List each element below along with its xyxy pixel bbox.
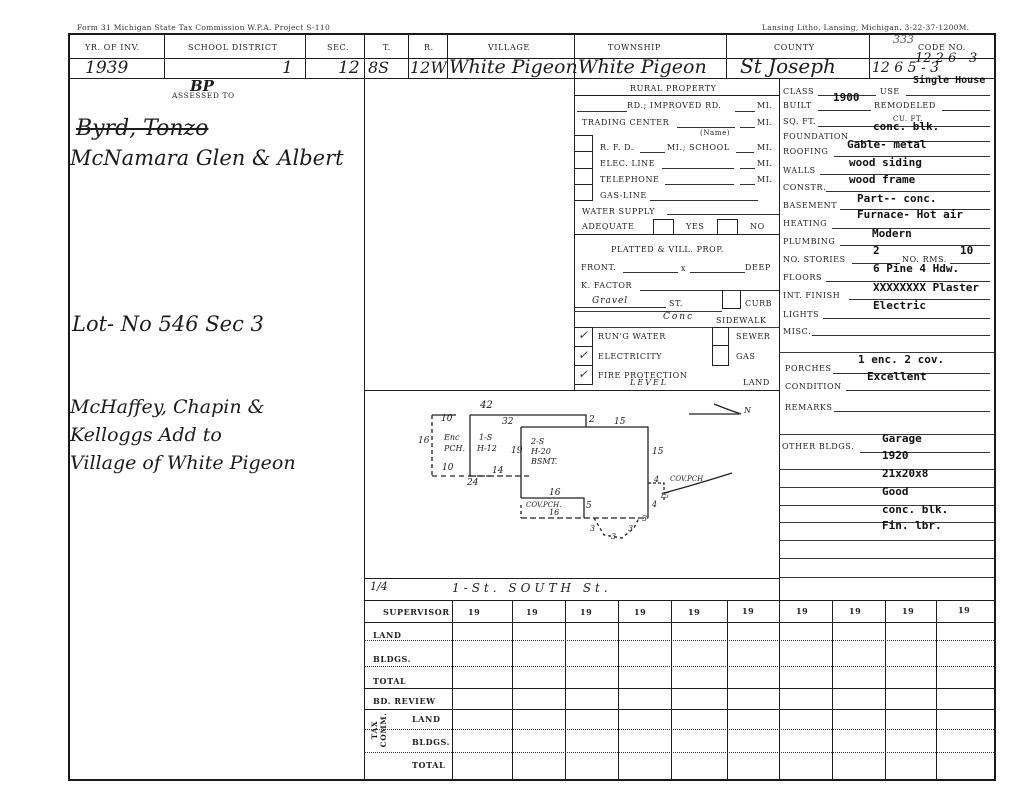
blank-line: [667, 214, 779, 215]
label-sewer: SEWER: [736, 332, 770, 341]
dim-19: 19: [511, 446, 522, 456]
owner-name: McNamara Glen & Albert: [70, 146, 344, 170]
divider: [565, 600, 566, 781]
divider: [364, 688, 996, 689]
floor-plan-sketch: 42 10 16 Enc PCH. 10 24 1-S H-12 14 32 1…: [364, 390, 779, 578]
divider: [408, 33, 409, 78]
dim-15-right: 15: [652, 447, 663, 457]
check-mark-icon: ✓: [578, 367, 588, 381]
label-roofing: ROOFING: [783, 147, 828, 156]
divider: [574, 234, 779, 235]
label-school-district: SCHOOL DISTRICT: [188, 43, 278, 52]
blank-line: [834, 411, 990, 412]
value-yr-of-inv: 1939: [85, 58, 128, 78]
value-int-finish: XXXXXXXX Plaster: [873, 281, 979, 294]
year-col-8: 19: [849, 606, 861, 616]
label-mi: MI.: [757, 101, 773, 110]
value-sec: 12: [338, 58, 360, 78]
divider: [726, 33, 727, 78]
blank-line: [650, 200, 758, 201]
year-col-7: 19: [796, 606, 808, 616]
value-foundation: conc. blk.: [873, 120, 939, 133]
dim-16-cov-bottom: 16: [549, 508, 559, 517]
value-code-no-2: 12 6 5 - 3: [872, 60, 939, 76]
gas-checkbox[interactable]: [712, 346, 729, 366]
label-constr: CONSTR.: [783, 183, 826, 192]
label-bldgs: BLDGS.: [373, 654, 411, 664]
value-walls: wood siding: [849, 156, 922, 169]
label-name-note: (Name): [700, 129, 730, 137]
blank-line: [574, 307, 666, 308]
label-enc-porch: Enc PCH.: [444, 432, 470, 454]
blank-line: [812, 335, 990, 336]
divider: [832, 600, 833, 781]
value-plumbing: Modern: [872, 227, 912, 240]
divider: [936, 600, 937, 781]
blank-line: [640, 290, 779, 291]
label-no-stories: NO. STORIES: [783, 255, 846, 264]
label-plumbing: PLUMBING: [783, 237, 835, 246]
value-use: Single House: [913, 75, 985, 86]
label-yes: YES: [686, 222, 704, 231]
label-gas: GAS: [736, 352, 755, 361]
label-bd-review: BD. REVIEW: [373, 696, 436, 706]
assessor-initials: BP: [190, 77, 214, 95]
dim-3: 3: [628, 524, 633, 533]
divider: [779, 577, 994, 578]
lot-description: Lot- No 546 Sec 3: [72, 312, 264, 336]
blank-line: [740, 184, 755, 185]
label-basement: BASEMENT: [783, 201, 837, 210]
label-sidewalk: SIDEWALK: [716, 316, 767, 325]
dim-4: 4: [654, 475, 659, 484]
label-land: LAND: [373, 630, 401, 640]
label-remodeled: REMODELED: [874, 101, 936, 110]
label-elec-line: ELEC. LINE: [600, 159, 655, 168]
label-front: FRONT.: [581, 263, 616, 272]
label-one-story: 1-S: [479, 433, 492, 442]
dim-2: 2: [589, 415, 595, 425]
value-code-scribble: 333: [893, 33, 914, 46]
value-no-stories: 2: [873, 244, 880, 257]
label-no: NO: [750, 222, 765, 231]
other-bldg-line-3: 21x20x8: [882, 467, 928, 480]
divider: [364, 622, 996, 623]
other-bldg-line-2: 1920: [882, 449, 909, 462]
blank-line: [860, 452, 990, 453]
label-sec: SEC.: [327, 43, 349, 52]
value-constr: wood frame: [849, 173, 915, 186]
divider: [779, 558, 994, 559]
divider: [512, 600, 513, 781]
year-col-5: 19: [688, 607, 700, 617]
blank-line: [942, 110, 990, 111]
label-class: CLASS: [783, 87, 814, 96]
street-prefix: 1/4: [370, 580, 388, 593]
label-mi-school: MI.; SCHOOL: [667, 143, 730, 152]
label-tax-land: LAND: [412, 714, 440, 724]
value-village: White Pigeon: [449, 56, 578, 78]
blank-line: [662, 168, 734, 169]
value-county: St Joseph: [740, 54, 836, 78]
blank-line: [665, 184, 734, 185]
dim-5: 5: [586, 501, 592, 511]
value-t: 8S: [368, 58, 389, 77]
blank-line: [577, 111, 627, 112]
blank-line: [846, 390, 990, 391]
divider: [364, 709, 996, 710]
label-electricity: ELECTRICITY: [598, 352, 662, 361]
label-r: R.: [424, 43, 434, 52]
label-heating: HEATING: [783, 219, 827, 228]
label-walls: WALLS: [783, 166, 816, 175]
floor-plan-drawing: [364, 390, 779, 578]
north-arrow-label: N: [744, 406, 751, 415]
dotted-divider: [364, 729, 996, 730]
check-mark-icon: ✓: [578, 348, 588, 362]
year-col-2: 19: [526, 607, 538, 617]
divider: [452, 600, 453, 781]
label-tax-comm: TAX COMM.: [370, 710, 388, 750]
dim-3: 3: [642, 514, 647, 523]
label-gas-line: GAS-LINE: [600, 191, 647, 200]
label-two-story: 2-S: [531, 437, 544, 446]
label-rfd: R. F. D.: [600, 143, 634, 152]
blank-line: [690, 272, 745, 273]
blank-line: [818, 110, 871, 111]
label-tax-bldgs: BLDGS.: [412, 737, 450, 747]
dim-15-porch: 15: [660, 492, 669, 500]
label-porches: PORCHES: [785, 364, 832, 373]
value-no-rms: 10: [960, 244, 973, 257]
dim-4: 4: [652, 500, 657, 509]
year-col-3: 19: [580, 607, 592, 617]
value-basement: Part-- conc.: [857, 192, 936, 205]
rural-property-title: RURAL PROPERTY: [630, 84, 717, 93]
label-misc: MISC.: [783, 327, 811, 336]
label-adequate: ADEQUATE: [582, 222, 634, 231]
label-curb: CURB: [745, 299, 772, 308]
other-bldg-line-4: Good: [882, 485, 909, 498]
label-yr-of-inv: YR. OF INV.: [85, 43, 140, 52]
dim-10: 10: [441, 414, 452, 424]
check-mark-icon: ✓: [578, 328, 588, 342]
curb-checkbox[interactable]: [722, 290, 741, 309]
valuation-grid: SUPERVISOR 19 19 19 19 19 19 19 19 19 19…: [364, 600, 996, 781]
label-lights: LIGHTS: [783, 310, 819, 319]
label-use: USE: [880, 87, 900, 96]
label-condition: CONDITION: [785, 382, 842, 391]
gas-line-checkbox[interactable]: [574, 185, 593, 201]
value-floors: 6 Pine 4 Hdw.: [873, 262, 959, 275]
value-street-surface: Gravel: [592, 296, 628, 306]
label-village: VILLAGE: [488, 43, 530, 52]
label-telephone: TELEPHONE: [600, 175, 660, 184]
form-id-note: Form 31 Michigan State Tax Commission W.…: [77, 23, 330, 32]
year-col-1: 19: [468, 607, 480, 617]
blank-line: [735, 111, 755, 112]
other-bldg-line-1: Garage: [882, 432, 922, 445]
year-col-4: 19: [634, 607, 646, 617]
divider: [574, 327, 779, 328]
value-roofing: Gable- metal: [847, 138, 926, 151]
divider: [447, 33, 448, 78]
divider: [574, 95, 779, 96]
label-floors: FLOORS: [783, 273, 822, 282]
dim-3: 3: [611, 532, 616, 541]
label-total: TOTAL: [373, 676, 406, 686]
divider: [671, 600, 672, 781]
value-sidewalk: Conc: [663, 312, 694, 322]
divider: [779, 540, 994, 541]
label-other-bldgs: OTHER BLDGS.: [782, 442, 854, 451]
street-location: 1-St. SOUTH St.: [452, 581, 612, 595]
value-condition: Excellent: [867, 370, 927, 383]
label-two-story-height: H-20: [531, 447, 551, 456]
divider: [574, 311, 722, 312]
adequate-yes-checkbox[interactable]: [653, 219, 674, 234]
divider: [727, 600, 728, 781]
platted-title: PLATTED & VILL. PROP.: [611, 245, 724, 254]
dim-32: 32: [502, 417, 513, 427]
label-deep: DEEP: [745, 263, 771, 272]
value-school-district: 1: [282, 58, 293, 78]
value-land: LEVEL: [630, 378, 668, 387]
label-one-story-height: H-12: [477, 444, 497, 453]
label-built: BUILT: [783, 101, 812, 110]
divider: [364, 578, 779, 579]
divider: [869, 33, 870, 78]
label-x: x: [681, 264, 686, 273]
dotted-divider: [364, 752, 996, 753]
label-int-finish: INT. FINISH: [783, 291, 840, 300]
label-mi: MI.: [757, 159, 773, 168]
dim-24: 24: [467, 478, 478, 488]
blank-line: [823, 318, 990, 319]
dim-15-top: 15: [614, 417, 625, 427]
label-township: TOWNSHIP: [608, 43, 661, 52]
dim-42: 42: [480, 400, 493, 411]
value-heating: Furnace- Hot air: [857, 208, 963, 221]
label-county: COUNTY: [774, 43, 815, 52]
legal-desc-line-2: Kelloggs Add to: [70, 424, 222, 446]
blank-line: [740, 127, 755, 128]
label-rd-improved: RD.; IMPROVED RD.: [627, 101, 722, 110]
other-bldg-line-5: conc. blk.: [882, 503, 948, 516]
dim-16-cov: 16: [549, 488, 560, 498]
elec-line-checkbox[interactable]: [574, 152, 593, 169]
year-col-10: 19: [958, 605, 970, 615]
label-water-supply: WATER SUPPLY: [582, 207, 655, 216]
adequate-no-checkbox[interactable]: [717, 219, 738, 234]
label-remarks: REMARKS: [785, 403, 833, 412]
struck-owner-name: Byrd, Tonzo: [76, 116, 208, 141]
year-col-9: 19: [902, 606, 914, 616]
other-bldg-line-6: Fin. lbr.: [882, 519, 942, 532]
label-tax-total: TOTAL: [412, 760, 445, 770]
value-lights: Electric: [873, 299, 926, 312]
dim-3: 3: [590, 524, 595, 533]
rfd-checkbox[interactable]: [574, 135, 593, 152]
divider: [305, 33, 306, 78]
label-foundation: FOUNDATION: [783, 132, 849, 141]
label-sq-ft: SQ. FT.: [783, 117, 816, 126]
label-mi: MI.: [757, 175, 773, 184]
label-trading-center: TRADING CENTER: [582, 118, 669, 127]
sewer-checkbox[interactable]: [712, 327, 729, 346]
divider: [779, 600, 780, 781]
year-col-6: 19: [742, 606, 754, 616]
dim-16: 16: [418, 436, 429, 446]
label-mi: MI.: [757, 118, 773, 127]
divider: [885, 600, 886, 781]
label-st: ST.: [669, 299, 683, 308]
blank-line: [623, 272, 678, 273]
label-right-cov-porch: COV.PCH: [670, 475, 703, 483]
blank-line: [906, 95, 990, 96]
label-supervisor: SUPERVISOR: [383, 607, 450, 617]
blank-line: [640, 152, 665, 153]
blank-line: [736, 152, 754, 153]
value-r: 12W: [410, 58, 447, 77]
divider: [164, 33, 165, 78]
dotted-divider: [364, 640, 996, 641]
value-built: 1900: [833, 91, 860, 104]
value-township: White Pigeon: [578, 56, 707, 78]
dim-10-bottom: 10: [442, 463, 453, 473]
label-basement: BSMT.: [531, 457, 557, 466]
dim-14: 14: [492, 466, 503, 476]
dotted-divider: [364, 666, 996, 667]
legal-desc-line-1: McHaffey, Chapin &: [70, 396, 265, 418]
divider: [618, 600, 619, 781]
printer-note: Lansing Litho, Lansing, Michigan. 3-22-3…: [762, 23, 969, 32]
telephone-checkbox[interactable]: [574, 169, 593, 185]
legal-desc-line-3: Village of White Pigeon: [70, 452, 296, 474]
label-t: T.: [383, 43, 391, 52]
blank-line: [677, 127, 735, 128]
label-k-factor: K. FACTOR: [581, 281, 632, 290]
label-land: LAND: [743, 378, 770, 387]
value-porches: 1 enc. 2 cov.: [858, 353, 944, 366]
label-runng-water: RUN'G WATER: [598, 332, 666, 341]
label-mi: MI.: [757, 143, 773, 152]
blank-line: [740, 168, 755, 169]
